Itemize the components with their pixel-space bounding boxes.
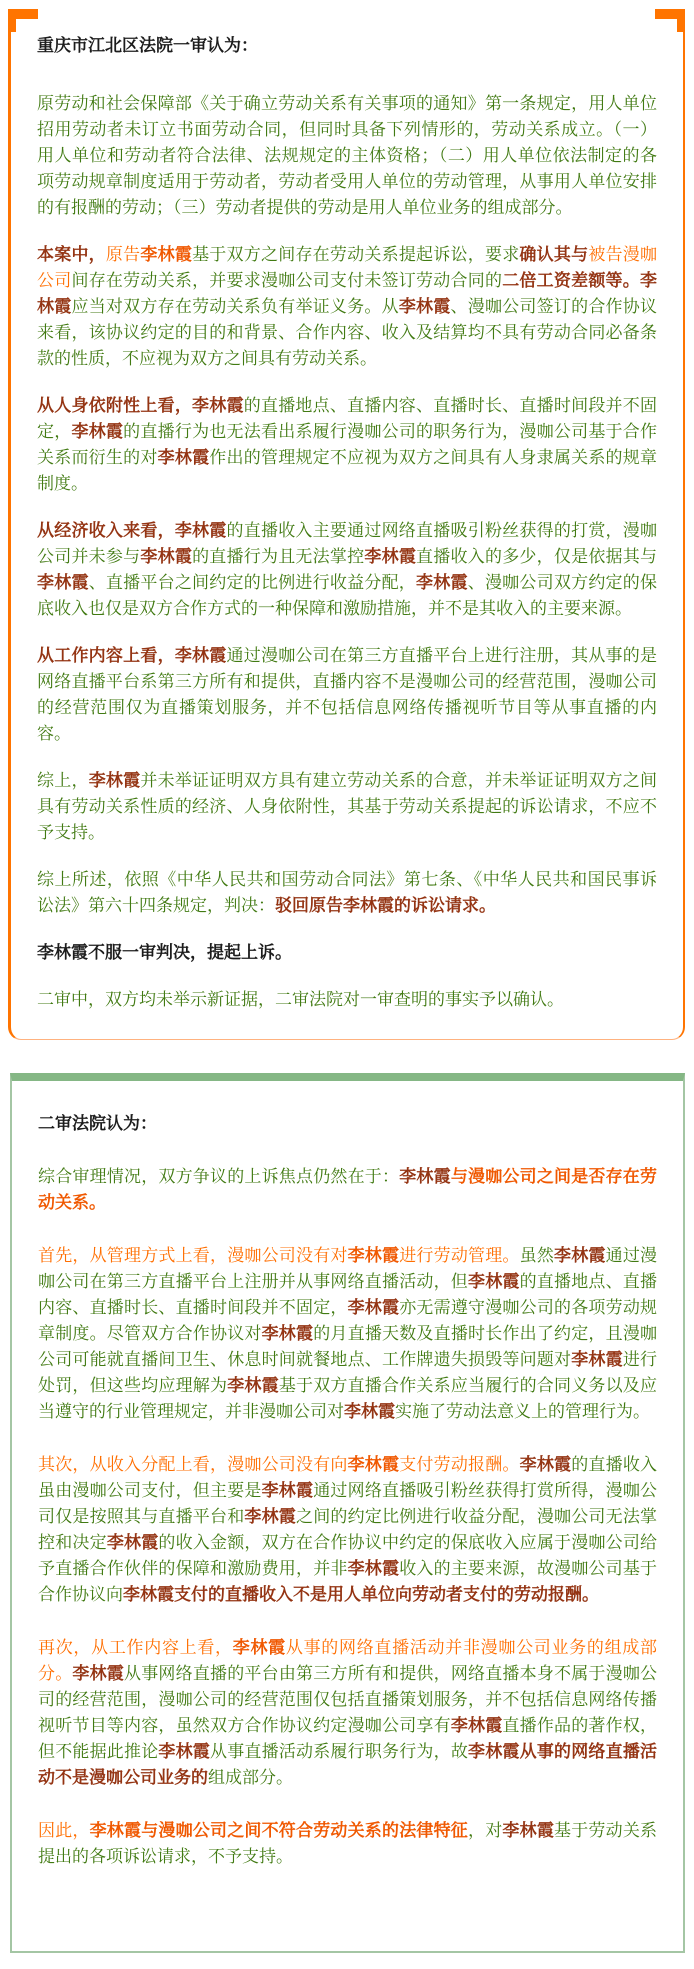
text-segment: 间存在劳动关系，并要求漫咖公司支付未签订劳动合同的 [71, 271, 502, 290]
text-segment: 其次，从收入分配上看，漫咖公司没有向 [38, 1455, 348, 1474]
orange-corner-bracket-top-left [8, 9, 38, 32]
paragraph: 其次，从收入分配上看，漫咖公司没有向李林霞支付劳动报酬。李林霞的直播收入虽由漫咖… [38, 1452, 657, 1608]
text-segment: 支付劳动报酬。 [399, 1455, 519, 1474]
text-segment: 进行劳动管理。 [399, 1246, 519, 1265]
orange-corner-bracket-top-right [655, 9, 685, 32]
text-segment: 李林霞 [233, 1638, 286, 1657]
text-segment: 李林霞 [72, 1664, 124, 1683]
text-segment: 综上， [37, 771, 89, 790]
text-segment: 确认其与 [519, 245, 588, 264]
text-segment: 基于双方之间存在劳动关系提起诉讼，要求 [192, 245, 519, 264]
text-segment: 李林霞 [364, 547, 416, 566]
text-segment: 从事直播活动系履行职务行为，故 [210, 1742, 468, 1761]
second-instance-opinion-box: 二审法院认为： 综合审理情况，双方争议的上诉焦点仍然在于：李林霞与漫咖公司之间是… [10, 1073, 685, 1953]
text-segment: 李林霞 [554, 1246, 606, 1265]
text-segment: 原劳动和社会保障部《关于确立劳动关系有关事项的通知》第一条规定，用人单位招用劳动… [37, 94, 657, 217]
text-segment: 本案中， [37, 245, 106, 264]
text-segment: 李林霞 [107, 1533, 159, 1552]
text-segment: 重庆市江北区法院一审认为： [37, 36, 258, 55]
paragraph: 原劳动和社会保障部《关于确立劳动关系有关事项的通知》第一条规定，用人单位招用劳动… [37, 91, 657, 221]
text-segment: 李林霞 [468, 1272, 520, 1291]
paragraph: 首先，从管理方式上看，漫咖公司没有对李林霞进行劳动管理。虽然李林霞通过漫咖公司在… [38, 1243, 657, 1425]
text-segment: 李林霞 [416, 573, 468, 592]
text-segment: 李林霞 [244, 1507, 296, 1526]
text-segment: 李林霞 [158, 448, 210, 467]
text-segment: 直播收入的多少，仅是依据其与 [416, 547, 657, 566]
text-segment: 原告 [106, 245, 140, 264]
first-instance-opinion-box: 重庆市江北区法院一审认为： 原劳动和社会保障部《关于确立劳动关系有关事项的通知》… [8, 9, 685, 1040]
text-segment: 应当对双方存在劳动关系负有举证义务。从 [71, 297, 398, 316]
first-instance-heading: 重庆市江北区法院一审认为： [37, 33, 657, 59]
paragraph: 从经济收入来看，李林霞的直播收入主要通过网络直播吸引粉丝获得的打赏，漫咖公司并未… [37, 518, 657, 622]
text-segment: 二审中，双方均未举示新证据，二审法院对一审查明的事实予以确认。 [37, 990, 564, 1009]
second-instance-heading: 二审法院认为： [38, 1111, 657, 1137]
text-segment: 李林霞 [344, 1402, 395, 1421]
text-segment: 李林霞 [348, 1246, 400, 1265]
paragraph: 再次，从工作内容上看，李林霞从事的网络直播活动并非漫咖公司业务的组成部分。李林霞… [38, 1635, 657, 1791]
text-segment: 的直播行为且无法掌控 [192, 547, 364, 566]
paragraph: 综上，李林霞并未举证证明双方具有建立劳动关系的合意，并未举证证明双方之间具有劳动… [37, 768, 657, 846]
text-segment: 首先，从管理方式上看，漫咖公司没有对 [38, 1246, 348, 1265]
text-segment: 李林霞不服一审判决，提起上诉。 [37, 943, 292, 962]
text-segment: 实施了劳动法意义上的管理行为。 [395, 1402, 650, 1421]
text-segment: 李林霞 [451, 1716, 503, 1735]
text-segment: 驳回原告李林霞的诉讼请求。 [275, 896, 496, 915]
text-segment: 李林霞 [348, 1298, 400, 1317]
text-segment: 组成部分。 [208, 1768, 293, 1787]
judgment-paragraph: 综上所述，依照《中华人民共和国劳动合同法》第七条、《中华人民共和国民事诉讼法》第… [37, 867, 657, 919]
text-segment: 李林霞 [399, 1167, 451, 1186]
text-segment: 李林霞 [140, 245, 192, 264]
text-segment: 李林霞 [262, 1481, 314, 1500]
text-segment: 李林霞支付的直播收入不是用人单位向劳动者支付的劳动报酬。 [123, 1585, 599, 1604]
text-segment: 李林霞 [262, 1324, 314, 1343]
text-segment: 虽然 [520, 1246, 554, 1265]
text-segment: 二审法院认为： [38, 1114, 157, 1133]
paragraph: 从人身依附性上看，李林霞的直播地点、直播内容、直播时长、直播时间段并不固定，李林… [37, 393, 657, 497]
text-segment: 因此， [38, 1821, 90, 1840]
text-segment: 李林霞 [348, 1455, 400, 1474]
conclusion-paragraph: 因此，李林霞与漫咖公司之间不符合劳动关系的法律特征，对李林霞基于劳动关系提出的各… [38, 1818, 657, 1870]
paragraph: 二审中，双方均未举示新证据，二审法院对一审查明的事实予以确认。 [37, 987, 657, 1013]
text-segment: 李林霞 [520, 1455, 572, 1474]
text-segment: 从工作内容上看，李林霞 [37, 646, 227, 665]
text-segment: 李林霞 [571, 1350, 623, 1369]
text-segment: ，对 [468, 1821, 502, 1840]
text-segment: 再次，从工作内容上看， [38, 1638, 233, 1657]
text-segment: 李林霞 [158, 1742, 210, 1761]
text-segment: 李林霞 [37, 573, 89, 592]
paragraph: 本案中，原告李林霞基于双方之间存在劳动关系提起诉讼，要求确认其与被告漫咖公司间存… [37, 242, 657, 372]
text-segment: 李林霞 [71, 422, 123, 441]
text-segment: 从人身依附性上看，李林霞 [37, 396, 244, 415]
paragraph: 综合审理情况，双方争议的上诉焦点仍然在于：李林霞与漫咖公司之间是否存在劳动关系。 [38, 1164, 657, 1216]
text-segment: 李林霞 [227, 1376, 279, 1395]
paragraph: 从工作内容上看，李林霞通过漫咖公司在第三方直播平台上进行注册，其从事的是网络直播… [37, 643, 657, 747]
text-segment: 李林霞 [348, 1559, 400, 1578]
text-segment: 、直播平台之间约定的比例进行收益分配， [89, 573, 416, 592]
text-segment: 从经济收入来看，李林霞 [37, 521, 227, 540]
text-segment: 李林霞 [140, 547, 192, 566]
appeal-paragraph: 李林霞不服一审判决，提起上诉。 [37, 940, 657, 966]
text-segment: 李林霞与漫咖公司之间不符合劳动关系的法律特征 [90, 1821, 468, 1840]
text-segment: 李林霞 [399, 297, 451, 316]
text-segment: 李林霞 [502, 1821, 554, 1840]
text-segment: 李林霞 [89, 771, 141, 790]
text-segment: 综合审理情况，双方争议的上诉焦点仍然在于： [38, 1167, 399, 1186]
